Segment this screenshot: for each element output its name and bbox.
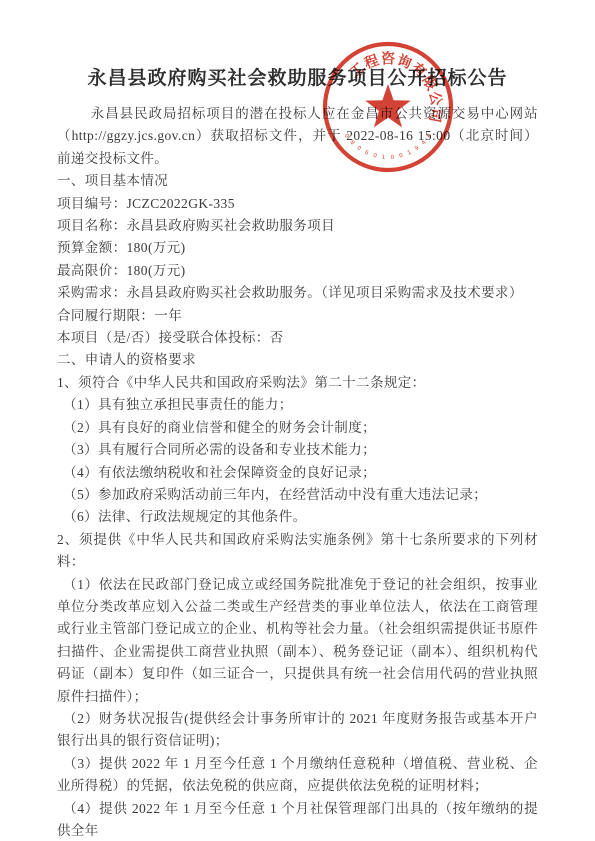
- document-title: 永昌县政府购买社会救助服务项目公开招标公告: [57, 64, 538, 94]
- paragraph: （3）提供 2022 年 1 月至今任意 1 个月缴纳任意税种（增值税、营业税、…: [57, 753, 538, 798]
- paragraph: （2）具有良好的商业信誉和健全的财务会计制度；: [57, 417, 538, 439]
- paragraph: 一、项目基本情况: [57, 170, 538, 192]
- paragraph-list: 永昌县民政局招标项目的潜在投标人应在金昌市公共资源交易中心网站（http://g…: [57, 103, 538, 841]
- document-page: 永昌县政府购买社会救助服务项目公开招标公告 永昌县民政局招标项目的潜在投标人应在…: [0, 0, 595, 841]
- paragraph: 最高限价：180(万元): [57, 260, 538, 282]
- paragraph: 预算金额：180(万元): [57, 237, 538, 259]
- paragraph: 永昌县民政局招标项目的潜在投标人应在金昌市公共资源交易中心网站（http://g…: [57, 103, 538, 170]
- paragraph: 采购需求：永昌县政府购买社会救助服务。（详见项目采购需求及技术要求）: [57, 282, 538, 304]
- paragraph: （4）有依法缴纳税收和社会保障资金的良好记录；: [57, 462, 538, 484]
- paragraph: 1、须符合《中华人民共和国政府采购法》第二十二条规定：: [57, 372, 538, 394]
- document-body: 永昌县政府购买社会救助服务项目公开招标公告 永昌县民政局招标项目的潜在投标人应在…: [57, 64, 538, 841]
- paragraph: 合同履行期限：一年: [57, 305, 538, 327]
- paragraph: （6）法律、行政法规规定的其他条件。: [57, 506, 538, 528]
- paragraph: （1）具有独立承担民事责任的能力；: [57, 394, 538, 416]
- paragraph: （5）参加政府采购活动前三年内，在经营活动中没有重大违法记录；: [57, 484, 538, 506]
- paragraph: 本项目（是/否）接受联合体投标：否: [57, 327, 538, 349]
- paragraph: 二、申请人的资格要求: [57, 349, 538, 371]
- paragraph: 项目编号：JCZC2022GK-335: [57, 193, 538, 215]
- paragraph: （4）提供 2022 年 1 月至今任意 1 个月社保管理部门出具的（按年缴纳的…: [57, 798, 538, 841]
- paragraph: （3）具有履行合同所必需的设备和专业技术能力；: [57, 439, 538, 461]
- paragraph: 项目名称：永昌县政府购买社会救助服务项目: [57, 215, 538, 237]
- paragraph: （1）依法在民政部门登记成立或经国务院批准免于登记的社会组织，按事业单位分类改革…: [57, 574, 538, 708]
- paragraph: （2）财务状况报告(提供经会计事务所审计的 2021 年度财务报告或基本开户银行…: [57, 708, 538, 753]
- paragraph: 2、须提供《中华人民共和国政府采购法实施条例》第十七条所要求的下列材料：: [57, 529, 538, 574]
